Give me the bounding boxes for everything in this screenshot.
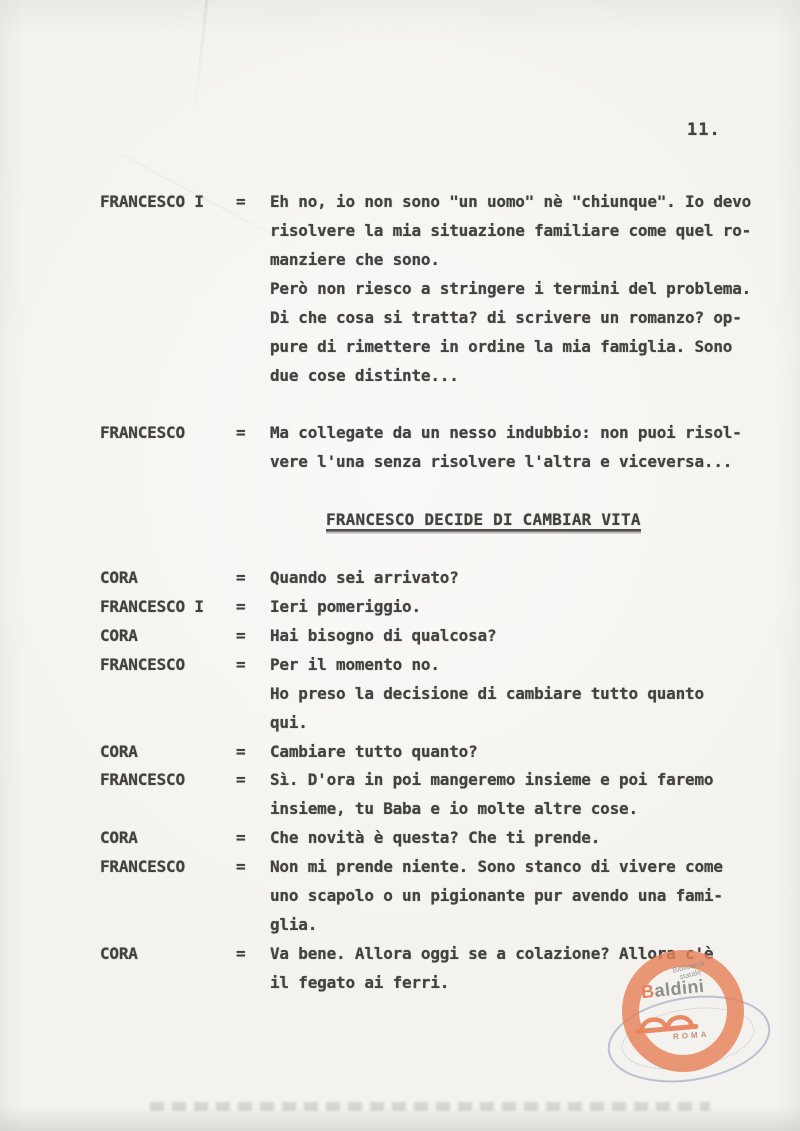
page-number: 11. — [687, 120, 721, 140]
document-page: 11. FRANCESCO I=Eh no, io non sono "un u… — [0, 0, 800, 1131]
script-line: FRANCESCO=Non mi prende niente. Sono sta… — [0, 857, 800, 886]
dialogue-text: Eh no, io non sono "un uomo" nè "chiunqu… — [270, 192, 751, 211]
equals-sign: = — [236, 626, 245, 645]
dialogue-text: manziere che sono. — [270, 250, 440, 269]
stamp-name-rest: aldini — [654, 976, 706, 1001]
script-line: qui. — [0, 713, 800, 742]
dialogue-text: il fegato ai ferri. — [270, 973, 449, 992]
dialogue-text: Per il momento no. — [270, 655, 440, 674]
script-line: Però non riesco a stringere i termini de… — [0, 279, 800, 308]
equals-sign: = — [236, 770, 245, 789]
equals-sign: = — [236, 655, 245, 674]
script-line: risolvere la mia situazione familiare co… — [0, 221, 800, 250]
scene-title: FRANCESCO DECIDE DI CAMBIAR VITA — [326, 510, 641, 529]
script-line: insieme, tu Baba e io molte altre cose. — [0, 799, 800, 828]
dialogue-text: pure di rimettere in ordine la mia famig… — [270, 337, 732, 356]
blank-line — [0, 539, 800, 568]
speaker-name: CORA — [100, 828, 138, 847]
equals-sign: = — [236, 828, 245, 847]
dialogue-text: Sì. D'ora in poi mangeremo insieme e poi… — [270, 770, 713, 789]
script-line: Ho preso la decisione di cambiare tutto … — [0, 684, 800, 713]
equals-sign: = — [236, 742, 245, 761]
dialogue-text: Che novità è questa? Che ti prende. — [270, 828, 600, 847]
library-stamp: ROMA Biblioteca statale Baldini — [595, 935, 800, 1085]
equals-sign: = — [236, 857, 245, 876]
script-line: due cose distinte... — [0, 366, 800, 395]
blank-line — [0, 394, 800, 423]
speaker-name: CORA — [100, 626, 138, 645]
paper-crease — [194, 0, 210, 110]
dialogue-text: Ieri pomeriggio. — [270, 597, 421, 616]
speaker-name: CORA — [100, 568, 138, 587]
dialogue-text: Ma collegate da un nesso indubbio: non p… — [270, 423, 742, 442]
script-line: CORA=Hai bisogno di qualcosa? — [0, 626, 800, 655]
equals-sign: = — [236, 944, 245, 963]
script-line: FRANCESCO I=Ieri pomeriggio. — [0, 597, 800, 626]
dialogue-text: Però non riesco a stringere i termini de… — [270, 279, 751, 298]
script-line: FRANCESCO I=Eh no, io non sono "un uomo"… — [0, 192, 800, 221]
script-line: FRANCESCO=Per il momento no. — [0, 655, 800, 684]
dialogue-text: qui. — [270, 713, 308, 732]
script-line: pure di rimettere in ordine la mia famig… — [0, 337, 800, 366]
script-line: CORA=Quando sei arrivato? — [0, 568, 800, 597]
dialogue-text: Di che cosa si tratta? di scrivere un ro… — [270, 308, 742, 327]
speaker-name: CORA — [100, 944, 138, 963]
equals-sign: = — [236, 568, 245, 587]
speaker-name: FRANCESCO I — [100, 192, 204, 211]
dialogue-text: glia. — [270, 915, 317, 934]
equals-sign: = — [236, 597, 245, 616]
dialogue-text: Ho preso la decisione di cambiare tutto … — [270, 684, 704, 703]
blank-line — [0, 481, 800, 510]
dialogue-text: uno scapolo o un pigionante pur avendo u… — [270, 886, 723, 905]
speaker-name: FRANCESCO — [100, 655, 185, 674]
scene-title-row: FRANCESCO DECIDE DI CAMBIAR VITA — [0, 510, 800, 539]
script-line: Di che cosa si tratta? di scrivere un ro… — [0, 308, 800, 337]
script-line: FRANCESCO=Sì. D'ora in poi mangeremo ins… — [0, 770, 800, 799]
open-book-icon — [632, 998, 701, 1038]
speaker-name: FRANCESCO — [100, 857, 185, 876]
bleed-through-text — [150, 1102, 710, 1111]
equals-sign: = — [236, 192, 245, 211]
equals-sign: = — [236, 423, 245, 442]
script-line: vere l'una senza risolvere l'altra e vic… — [0, 452, 800, 481]
dialogue-text: Non mi prende niente. Sono stanco di viv… — [270, 857, 723, 876]
speaker-name: CORA — [100, 742, 138, 761]
dialogue-text: Quando sei arrivato? — [270, 568, 459, 587]
speaker-name: FRANCESCO — [100, 770, 185, 789]
speaker-name: FRANCESCO — [100, 423, 185, 442]
script-body: FRANCESCO I=Eh no, io non sono "un uomo"… — [0, 192, 800, 1002]
speaker-name: FRANCESCO I — [100, 597, 204, 616]
script-line: CORA=Cambiare tutto quanto? — [0, 742, 800, 771]
dialogue-text: Cambiare tutto quanto? — [270, 742, 478, 761]
dialogue-text: Hai bisogno di qualcosa? — [270, 626, 496, 645]
dialogue-text: vere l'una senza risolvere l'altra e vic… — [270, 452, 732, 471]
script-line: manziere che sono. — [0, 250, 800, 279]
dialogue-text: due cose distinte... — [270, 366, 459, 385]
dialogue-text: insieme, tu Baba e io molte altre cose. — [270, 799, 638, 818]
script-line: uno scapolo o un pigionante pur avendo u… — [0, 886, 800, 915]
script-line: FRANCESCO=Ma collegate da un nesso indub… — [0, 423, 800, 452]
script-line: CORA=Che novità è questa? Che ti prende. — [0, 828, 800, 857]
dialogue-text: risolvere la mia situazione familiare co… — [270, 221, 751, 240]
